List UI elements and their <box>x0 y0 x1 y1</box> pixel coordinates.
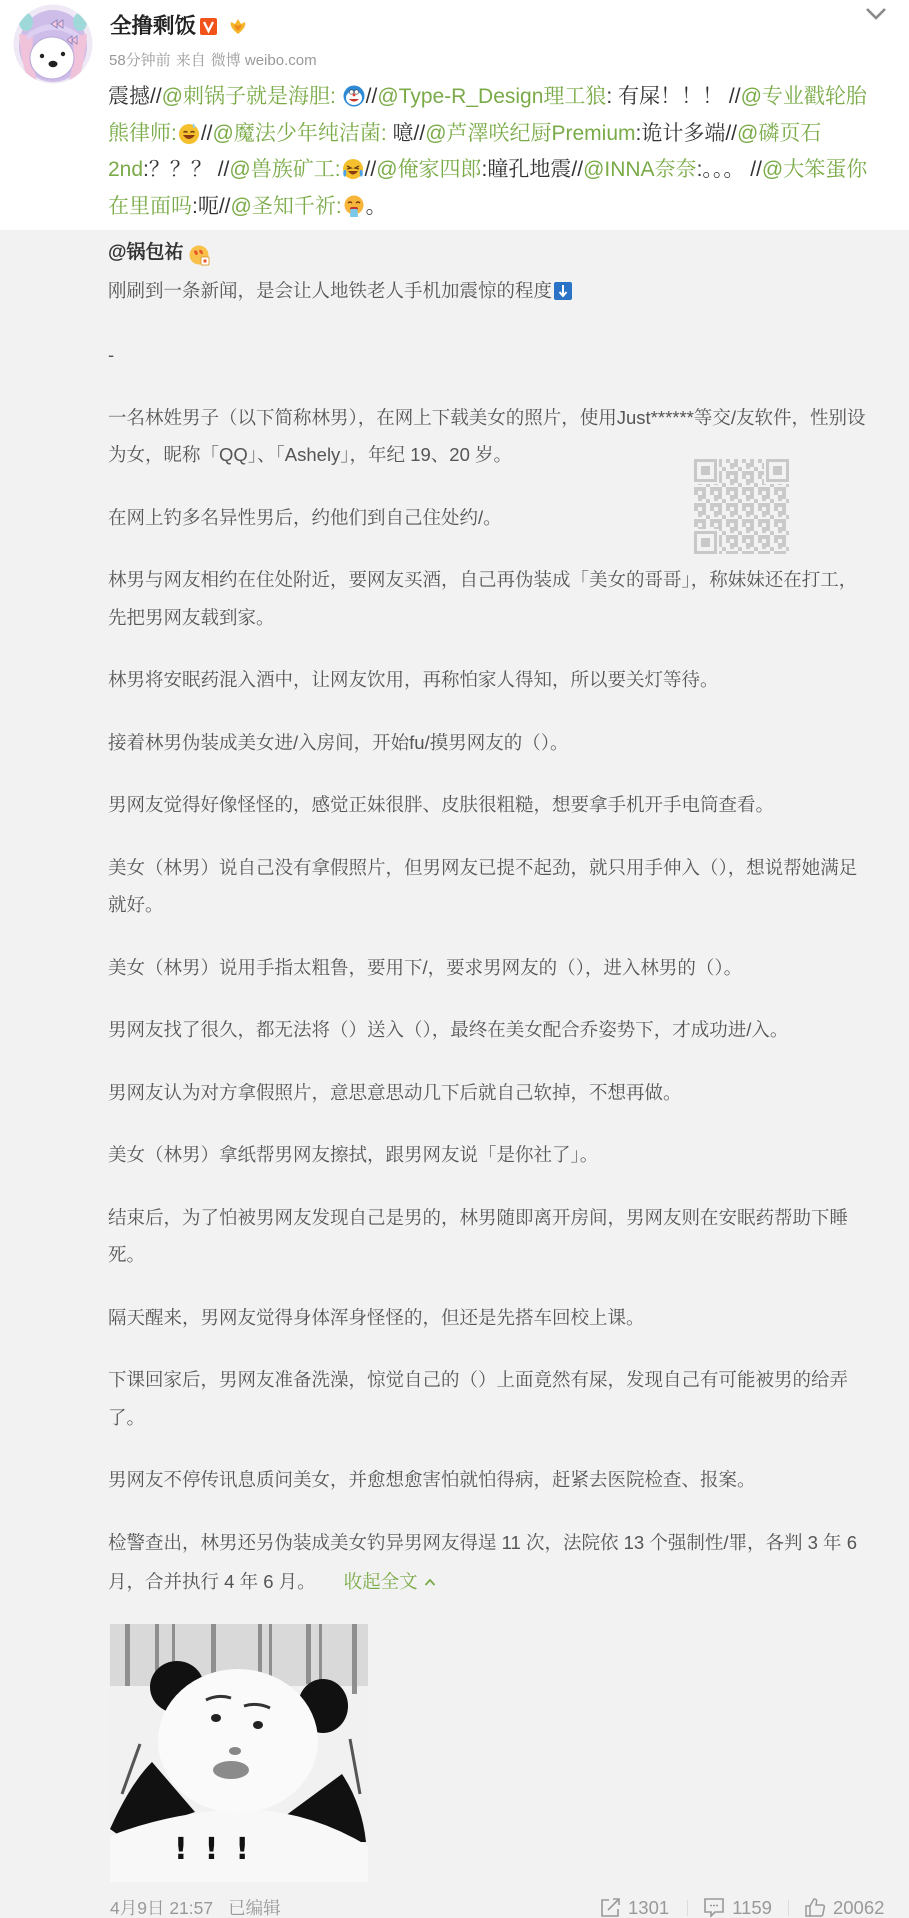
chevron-up-icon <box>424 1561 436 1569</box>
quoted-author-row: @锅包祐 <box>108 234 909 272</box>
text-segment: 。 <box>366 195 387 218</box>
comment-count: 1159 <box>732 1897 772 1918</box>
paragraph: 林男与网友相约在住处附近，要网友买酒，自己再伪装成「美女的哥哥」，称妹妹还在打工… <box>108 561 909 636</box>
text-line: 先把男网友载到家。 <box>108 599 909 637</box>
text-line: 检警查出，林男还另伪装成美女钓异男网友得逞 11 次，法院依 13 个强制性/罪… <box>108 1524 909 1562</box>
text-segment: :。。。 // <box>697 158 762 181</box>
repost-text: 震撼//@刺锅子就是海胆: //@Type-R_Design理工狼: 有屎！！！… <box>108 79 886 225</box>
qr-code-watermark <box>694 459 789 554</box>
paragraph: 男网友不停传讯息质问美女，并愈想愈害怕就怕得病，赶紧去医院检查、报案。 <box>108 1461 909 1499</box>
text-segment <box>336 85 342 108</box>
comment-button[interactable]: 1159 <box>703 1897 772 1918</box>
weibo-post: 全撸剩饭 58分钟前 来自 微博 weibo.com 震撼//@刺锅子就是海胆:… <box>0 0 909 1918</box>
mention-link[interactable]: @兽族矿工: <box>229 158 340 181</box>
repost-button[interactable]: 1301 <box>599 1897 669 1918</box>
text-line: 男网友认为对方拿假照片，意思意思动几下后就自己软掉，不想再做。 <box>108 1074 909 1112</box>
text-segment: :诡计多端// <box>636 122 738 145</box>
collapse-fulltext-link[interactable]: 收起全文 <box>344 1571 436 1592</box>
text-line: 林男将安眠药混入酒中，让网友饮用，再称怕家人得知，所以要关灯等待。 <box>108 661 909 699</box>
paragraph: 隔天醒来，男网友觉得身体浑身怪怪的，但还是先搭车回校上课。 <box>108 1299 909 1337</box>
text-line: 美女（林男）说自己没有拿假照片，但男网友已提不起劲，就只用手伸入（），想说帮她满… <box>108 849 909 887</box>
avatar-image <box>13 4 93 84</box>
text-line: 就好。 <box>108 886 909 924</box>
collapse-label: 收起全文 <box>344 1571 418 1592</box>
author-row: 全撸剩饭 <box>110 11 247 41</box>
paragraph: 结束后，为了怕被男网友发现自己是男的，林男随即离开房间，男网友则在安眠药帮助下睡… <box>108 1199 909 1274</box>
text-line-with-collapse: 月，合并执行 4 年 6 月。收起全文 <box>108 1561 909 1599</box>
comment-icon <box>703 1897 725 1918</box>
mention-link[interactable]: @魔法少年纯洁菌: <box>213 122 387 145</box>
like-button[interactable]: 20062 <box>804 1897 884 1918</box>
text-segment: // <box>201 122 213 145</box>
mention-link[interactable]: @芦澤咲纪厨Premium <box>425 122 635 145</box>
author-name[interactable]: 全撸剩饭 <box>110 11 196 41</box>
source-link[interactable]: 微博 weibo.com <box>211 50 317 72</box>
text-segment: // <box>366 85 378 108</box>
text-line: 月，合并执行 4 年 6 月。 <box>108 1571 316 1592</box>
footer-meta: 4月9日 21:57 已编辑 <box>110 1897 281 1918</box>
post-menu-button[interactable] <box>864 6 888 22</box>
edited-label[interactable]: 已编辑 <box>228 1897 281 1918</box>
paragraph: 美女（林男）拿纸帮男网友擦拭，跟男网友说「是你社了」。 <box>108 1136 909 1174</box>
fan-badge-icon[interactable] <box>189 242 210 263</box>
paragraph: 男网友认为对方拿假照片，意思意思动几下后就自己软掉，不想再做。 <box>108 1074 909 1112</box>
text-line: - <box>108 336 909 374</box>
thumbs-up-icon <box>804 1897 826 1918</box>
text-segment: 噫// <box>387 122 426 145</box>
text-line: 男网友找了很久，都无法将（）送入（），最终在美女配合乔姿势下，才成功进/入。 <box>108 1011 909 1049</box>
mention-link[interactable]: @刺锅子就是海胆: <box>162 85 336 108</box>
text-segment: : 有屎！！！ // <box>606 85 740 108</box>
text-line: 隔天醒来，男网友觉得身体浑身怪怪的，但还是先搭车回校上课。 <box>108 1299 909 1337</box>
paragraph: 接着林男伪装成美女进/入房间，开始fu/摸男网友的（）。 <box>108 724 909 762</box>
quoted-author-link[interactable]: @锅包祐 <box>108 234 184 272</box>
mention-link[interactable]: @圣知千祈: <box>231 195 342 218</box>
quoted-intro-text: 刚刷到一条新闻，是会让人地铁老人手机加震惊的程度 <box>108 280 552 301</box>
panda-meme-image[interactable]: !!! <box>110 1624 368 1882</box>
author-avatar[interactable] <box>13 4 93 84</box>
paragraph: 美女（林男）说用手指太粗鲁，要用下/，要求男网友的（），进入林男的（）。 <box>108 949 909 987</box>
text-line: 男网友觉得好像怪怪的，感觉正妹很胖、皮肤很粗糙，想要拿手机开手电筒查看。 <box>108 786 909 824</box>
post-date-link[interactable]: 4月9日 21:57 <box>110 1897 213 1918</box>
repost-count: 1301 <box>628 1897 669 1918</box>
gold-member-badge-icon[interactable] <box>229 17 247 35</box>
text-line: 结束后，为了怕被男网友发现自己是男的，林男随即离开房间，男网友则在安眠药帮助下睡 <box>108 1199 909 1237</box>
paragraph: 下课回家后，男网友准备洗澡，惊觉自己的（）上面竟然有屎，发现自己有可能被男的给弄… <box>108 1361 909 1436</box>
verified-v-badge-icon[interactable] <box>200 18 217 35</box>
text-line: 死。 <box>108 1236 909 1274</box>
mention-link[interactable]: @INNA奈奈 <box>583 158 697 181</box>
meme-caption: !!! <box>174 1832 266 1868</box>
post-meta: 58分钟前 来自 微博 weibo.com <box>109 50 317 72</box>
action-divider <box>687 1900 688 1916</box>
text-line: 了。 <box>108 1399 909 1437</box>
like-count: 20062 <box>833 1897 884 1918</box>
action-divider <box>788 1900 789 1916</box>
repost-icon <box>599 1897 622 1918</box>
laugh-cry-emoji-icon <box>342 158 364 180</box>
post-footer: 4月9日 21:57 已编辑 1301 1159 <box>108 1897 909 1918</box>
mention-link[interactable]: @俺家四郎 <box>376 158 481 181</box>
text-line: 美女（林男）说用手指太粗鲁，要用下/，要求男网友的（），进入林男的（）。 <box>108 949 909 987</box>
text-segment: :呃// <box>192 195 231 218</box>
text-segment: 震撼// <box>108 85 162 108</box>
text-line: 下课回家后，男网友准备洗澡，惊觉自己的（）上面竟然有屎，发现自己有可能被男的给弄 <box>108 1361 909 1399</box>
paragraph: 美女（林男）说自己没有拿假照片，但男网友已提不起劲，就只用手伸入（），想说帮她满… <box>108 849 909 924</box>
sweat-grin-emoji-icon <box>178 122 200 144</box>
paragraph: 男网友找了很久，都无法将（）送入（），最终在美女配合乔姿势下，才成功进/入。 <box>108 1011 909 1049</box>
down-arrow-emoji-icon <box>554 275 572 293</box>
paragraph: - <box>108 336 909 374</box>
text-line: 美女（林男）拿纸帮男网友擦拭，跟男网友说「是你社了」。 <box>108 1136 909 1174</box>
paragraph: 检警查出，林男还另伪装成美女钓异男网友得逞 11 次，法院依 13 个强制性/罪… <box>108 1524 909 1599</box>
paragraph: 林男将安眠药混入酒中，让网友饮用，再称怕家人得知，所以要关灯等待。 <box>108 661 909 699</box>
source-prefix: 来自 <box>176 50 206 72</box>
paragraph: 男网友觉得好像怪怪的，感觉正妹很胖、皮肤很粗糙，想要拿手机开手电筒查看。 <box>108 786 909 824</box>
text-line: 男网友不停传讯息质问美女，并愈想愈害怕就怕得病，赶紧去医院检查、报案。 <box>108 1461 909 1499</box>
text-line: 林男与网友相约在住处附近，要网友买酒，自己再伪装成「美女的哥哥」，称妹妹还在打工… <box>108 561 909 599</box>
vomit-emoji-icon <box>343 195 365 217</box>
quoted-intro: 刚刷到一条新闻，是会让人地铁老人手机加震惊的程度 <box>108 272 909 310</box>
text-segment: // <box>365 158 377 181</box>
mention-link[interactable]: @Type-R_Design理工狼 <box>377 85 606 108</box>
post-time[interactable]: 58分钟前 <box>109 50 171 72</box>
doraemon-emoji-icon <box>343 85 365 107</box>
action-bar: 1301 1159 20062 <box>599 1897 884 1918</box>
chevron-down-icon <box>864 9 888 26</box>
text-segment: :？？？ // <box>143 158 229 181</box>
text-line: 接着林男伪装成美女进/入房间，开始fu/摸男网友的（）。 <box>108 724 909 762</box>
text-segment: :瞳孔地震// <box>482 158 584 181</box>
text-line: 一名林姓男子（以下简称林男），在网上下载美女的照片，使用Just******等交… <box>108 399 909 437</box>
